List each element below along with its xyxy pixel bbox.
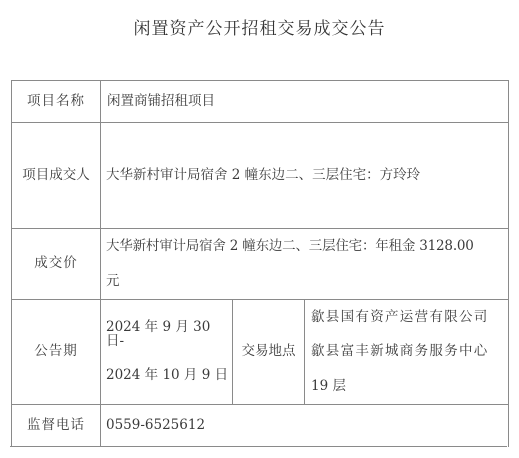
location-label-text: 交易地点 — [242, 345, 296, 359]
location-label: 交易地点 — [233, 300, 304, 404]
phone-label: 监督电话 — [12, 405, 100, 446]
project-name-label-text: 项目名称 — [27, 95, 85, 109]
winner-label-text: 项目成交人 — [22, 169, 90, 183]
phone-label-text: 监督电话 — [27, 419, 85, 433]
price-value: 大华新村审计局宿舍 2 幢东边二、三层住宅：年租金 3128.00 元 — [101, 229, 508, 299]
location-line1: 歙县国有资产运营有限公司 — [311, 311, 489, 325]
notice-period-start: 2024 年 9 月 30 日- — [106, 321, 232, 348]
price-label-text: 成交价 — [34, 257, 78, 271]
project-name-value-text: 闲置商铺招租项目 — [107, 95, 215, 109]
price-value-line1: 大华新村审计局宿舍 2 幢东边二、三层住宅：年租金 3128.00 — [106, 240, 474, 254]
notice-period-label-text: 公告期 — [34, 345, 78, 359]
location-line3: 19 层 — [311, 380, 346, 394]
winner-label: 项目成交人 — [12, 123, 100, 228]
winner-value: 大华新村审计局宿舍 2 幢东边二、三层住宅：方玲玲 — [101, 123, 508, 228]
notice-period-value: 2024 年 9 月 30 日- 2024 年 10 月 9 日 — [101, 300, 232, 404]
notice-period-end: 2024 年 10 月 9 日 — [106, 369, 228, 383]
table-border-right — [508, 80, 509, 447]
price-label: 成交价 — [12, 229, 100, 299]
location-value: 歙县国有资产运营有限公司 歙县富丰新城商务服务中心 19 层 — [305, 300, 508, 404]
announcement-table: 项目名称 闲置商铺招租项目 项目成交人 大华新村审计局宿舍 2 幢东边二、三层住… — [0, 0, 519, 458]
project-name-label: 项目名称 — [12, 81, 100, 122]
phone-value: 0559-6525612 — [101, 405, 508, 446]
project-name-value: 闲置商铺招租项目 — [101, 81, 508, 122]
location-line2: 歙县富丰新城商务服务中心 — [311, 345, 489, 359]
phone-value-text: 0559-6525612 — [106, 419, 205, 433]
winner-value-text: 大华新村审计局宿舍 2 幢东边二、三层住宅：方玲玲 — [106, 169, 420, 183]
price-value-line2: 元 — [106, 275, 120, 289]
table-border-bottom — [10, 446, 507, 447]
notice-period-label: 公告期 — [12, 300, 100, 404]
